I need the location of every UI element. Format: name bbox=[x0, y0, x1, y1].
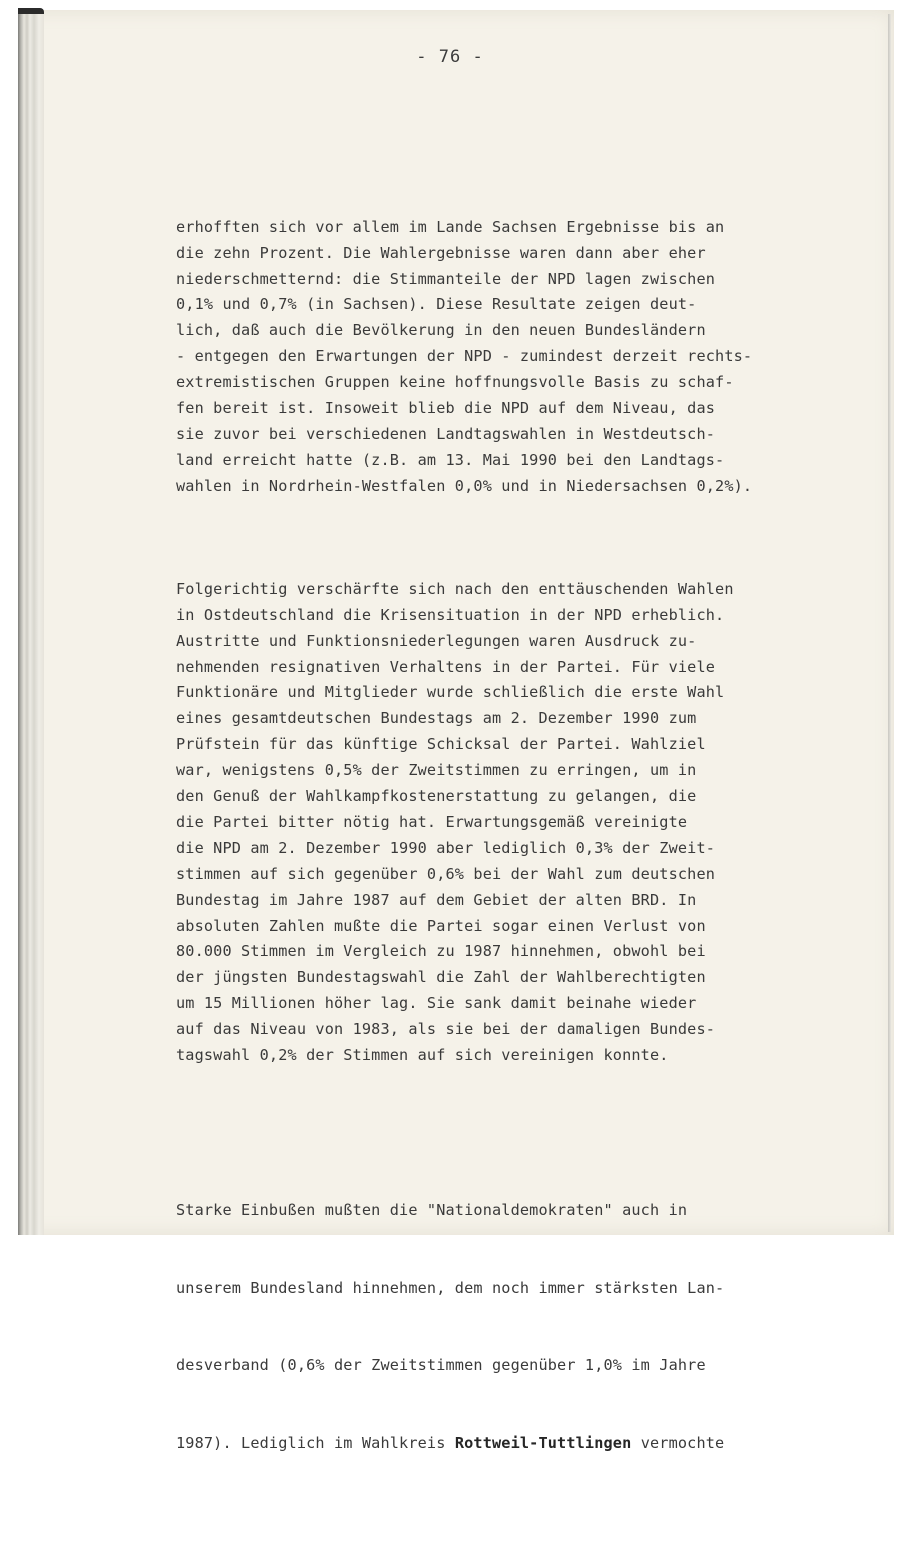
text-line: wahlen in Nordrhein-Westfalen 0,0% und i… bbox=[176, 474, 876, 500]
text-line: land erreicht hatte (z.B. am 13. Mai 199… bbox=[176, 448, 876, 474]
text-line: Folgerichtig verschärfte sich nach den e… bbox=[176, 577, 876, 603]
text-line: niederschmetternd: die Stimmanteile der … bbox=[176, 267, 876, 293]
text-line: eines gesamtdeutschen Bundestags am 2. D… bbox=[176, 706, 876, 732]
text-line: lich, daß auch die Bevölkerung in den ne… bbox=[176, 318, 876, 344]
binding-corner bbox=[18, 8, 44, 14]
text-line: extremistischen Gruppen keine hoffnungsv… bbox=[176, 370, 876, 396]
text-line: den Genuß der Wahlkampfkostenerstattung … bbox=[176, 784, 876, 810]
text-line: tagswahl 0,2% der Stimmen auf sich verei… bbox=[176, 1043, 876, 1069]
text-line: Austritte und Funktionsniederlegungen wa… bbox=[176, 629, 876, 655]
text-line: Funktionäre und Mitglieder wurde schließ… bbox=[176, 680, 876, 706]
body-text: erhofften sich vor allem im Lande Sachse… bbox=[176, 163, 876, 1250]
paragraph-2: Folgerichtig verschärfte sich nach den e… bbox=[176, 577, 876, 1069]
text-line: Bundestag im Jahre 1987 auf dem Gebiet d… bbox=[176, 888, 876, 914]
text-line: erhofften sich vor allem im Lande Sachse… bbox=[176, 215, 876, 241]
text-line: die NPD am 2. Dezember 1990 aber ledigli… bbox=[176, 836, 876, 862]
text-line: stimmen auf sich gegenüber 0,6% bei der … bbox=[176, 862, 876, 888]
text-line: fen bereit ist. Insoweit blieb die NPD a… bbox=[176, 396, 876, 422]
binding-edge bbox=[18, 10, 44, 1235]
paragraph-1: erhofften sich vor allem im Lande Sachse… bbox=[176, 215, 876, 500]
text-line: Starke Einbußen mußten die "Nationaldemo… bbox=[176, 1198, 876, 1224]
page-number: - 76 - bbox=[0, 47, 900, 67]
text-line: in Ostdeutschland die Krisensituation in… bbox=[176, 603, 876, 629]
text-line: war, wenigstens 0,5% der Zweitstimmen zu… bbox=[176, 758, 876, 784]
text-line: 80.000 Stimmen im Vergleich zu 1987 hinn… bbox=[176, 939, 876, 965]
text-line: um 15 Millionen höher lag. Sie sank dami… bbox=[176, 991, 876, 1017]
text-line: Prüfstein für das künftige Schicksal der… bbox=[176, 732, 876, 758]
text-line: die zehn Prozent. Die Wahlergebnisse war… bbox=[176, 241, 876, 267]
text-line: die Partei bitter nötig hat. Erwartungsg… bbox=[176, 810, 876, 836]
text-line: auf das Niveau von 1983, als sie bei der… bbox=[176, 1017, 876, 1043]
text-line: absoluten Zahlen mußte die Partei sogar … bbox=[176, 914, 876, 940]
text-line: sie zuvor bei verschiedenen Landtagswahl… bbox=[176, 422, 876, 448]
text-line: der jüngsten Bundestagswahl die Zahl der… bbox=[176, 965, 876, 991]
text-line: nehmenden resignativen Verhaltens in der… bbox=[176, 655, 876, 681]
paragraph-3: Starke Einbußen mußten die "Nationaldemo… bbox=[176, 1146, 876, 1250]
text-line: - entgegen den Erwartungen der NPD - zum… bbox=[176, 344, 876, 370]
page-right-edge bbox=[888, 14, 891, 1232]
text-line: 0,1% und 0,7% (in Sachsen). Diese Result… bbox=[176, 292, 876, 318]
